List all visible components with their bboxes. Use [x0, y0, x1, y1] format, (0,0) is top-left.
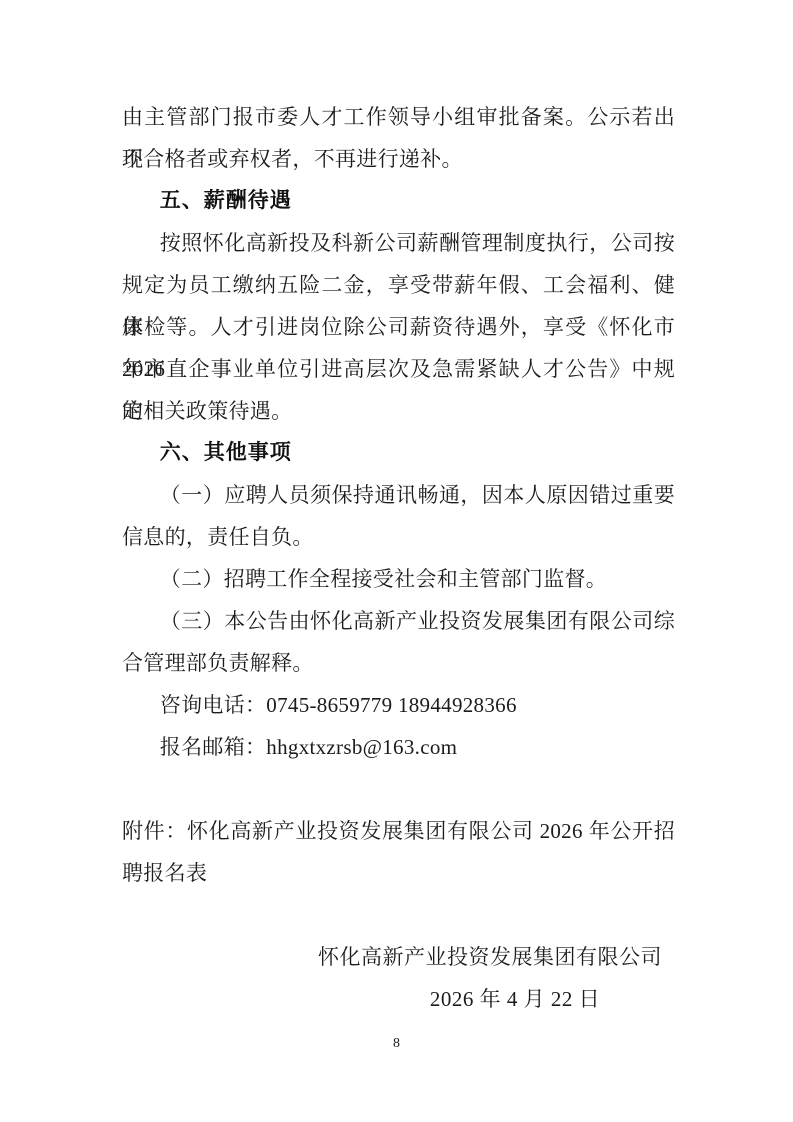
attachment-line-1: 附件：怀化高新产业投资发展集团有限公司 2026 年公开招	[122, 810, 675, 852]
doc-line: 的相关政策待遇。	[122, 390, 675, 432]
doc-line: 信息的，责任自负。	[122, 516, 675, 558]
doc-line: 规定为员工缴纳五险二金，享受带薪年假、工会福利、健康	[122, 264, 675, 306]
doc-line: 年市直企事业单位引进高层次及急需紧缺人才公告》中规定	[122, 348, 675, 390]
document-body: 由主管部门报市委人才工作领导小组审批备案。公示若出现 不合格者或弃权者，不再进行…	[122, 96, 675, 1020]
heading-salary-benefits: 五、薪酬待遇	[122, 180, 675, 222]
document-page: 由主管部门报市委人才工作领导小组审批备案。公示若出现 不合格者或弃权者，不再进行…	[0, 0, 793, 1122]
signature-company: 怀化高新产业投资发展集团有限公司	[318, 936, 662, 978]
heading-other-matters: 六、其他事项	[122, 432, 675, 474]
doc-line: 合管理部负责解释。	[122, 642, 675, 684]
contact-email-line: 报名邮箱：hhgxtxzrsb@163.com	[122, 726, 675, 768]
contact-phone-line: 咨询电话：0745-8659779 18944928366	[122, 684, 675, 726]
doc-line: 不合格者或弃权者，不再进行递补。	[122, 138, 675, 180]
signature-block: 怀化高新产业投资发展集团有限公司 2026 年 4 月 22 日	[122, 936, 675, 1020]
doc-line: （二）招聘工作全程接受社会和主管部门监督。	[122, 558, 675, 600]
doc-line: 由主管部门报市委人才工作领导小组审批备案。公示若出现	[122, 96, 675, 138]
blank-line	[122, 768, 675, 810]
doc-line: （三）本公告由怀化高新产业投资发展集团有限公司综	[122, 600, 675, 642]
doc-line: 按照怀化高新投及科新公司薪酬管理制度执行，公司按	[122, 222, 675, 264]
blank-line	[122, 894, 675, 936]
doc-line: 体检等。人才引进岗位除公司薪资待遇外，享受《怀化市 2026	[122, 306, 675, 348]
page-number: 8	[0, 1034, 793, 1054]
signature-date: 2026 年 4 月 22 日	[318, 978, 662, 1020]
attachment-line-2: 聘报名表	[122, 852, 675, 894]
doc-line: （一）应聘人员须保持通讯畅通，因本人原因错过重要	[122, 474, 675, 516]
